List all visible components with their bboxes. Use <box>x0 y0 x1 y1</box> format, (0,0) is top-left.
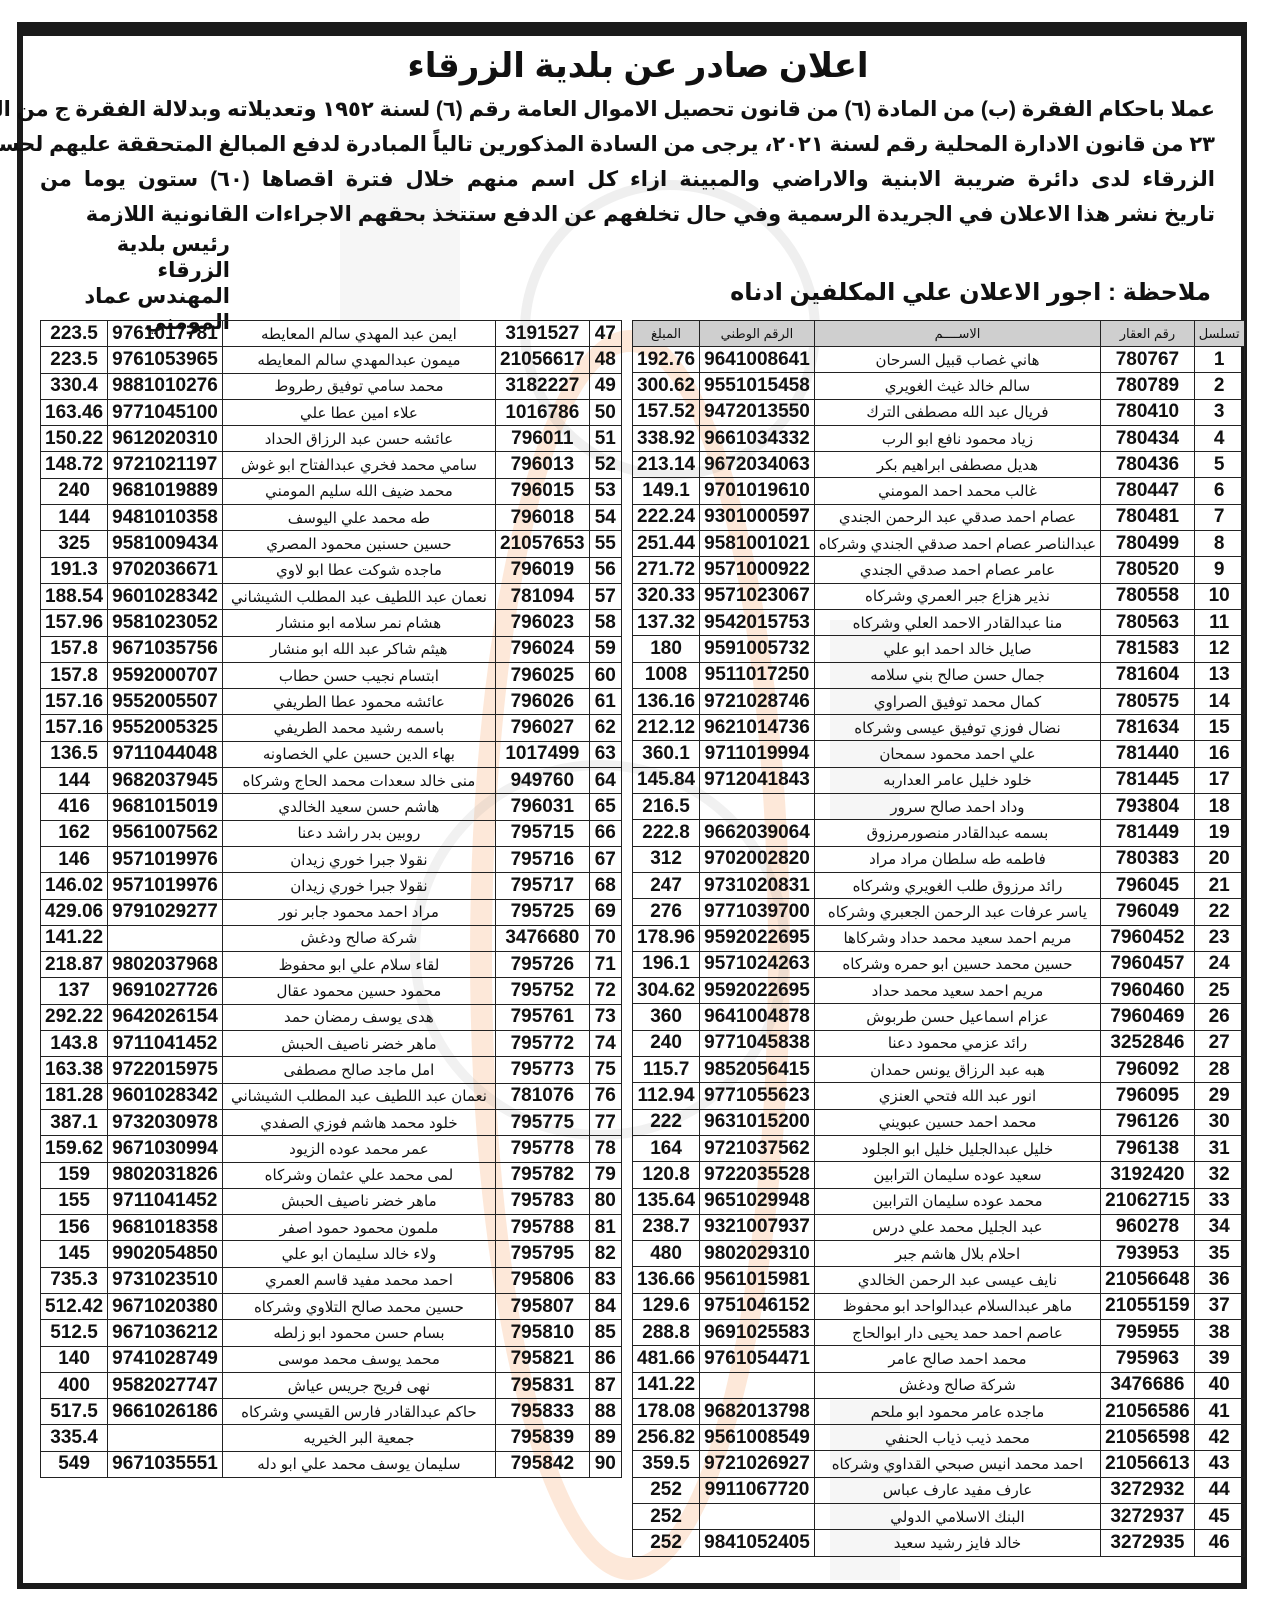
cell-property-no: 781094 <box>496 583 590 609</box>
table-row: 323192420سعيد عوده سليمان الترابين972203… <box>633 1162 1245 1188</box>
cell-name: احلام بلال هاشم جبر <box>814 1241 1100 1267</box>
table-row: 8780499عبدالناصر عصام احمد صدقي الجندي و… <box>633 531 1245 557</box>
cell-name: ماجده عامر محمود ابو ملحم <box>814 1398 1100 1424</box>
cell-national-id: 9911067720 <box>700 1477 815 1503</box>
cell-national-id: 9671036212 <box>108 1320 223 1346</box>
cell-amount: 178.08 <box>633 1398 700 1424</box>
cell-national-id: 9671035756 <box>108 636 223 662</box>
cell-amount: 549 <box>41 1451 108 1477</box>
cell-amount: 157.8 <box>41 662 108 688</box>
cell-national-id: 9711019994 <box>700 741 815 767</box>
table-row: 67795716نقولا جبرا خوري زيدان95710199761… <box>41 846 622 872</box>
cell-seq: 78 <box>589 1136 621 1162</box>
cell-name: فاطمه طه سلطان مراد مراد <box>814 846 1100 872</box>
paragraph-line: الزرقاء لدى دائرة ضريبة الابنية والاراضي… <box>40 162 1215 197</box>
table-row: 69795725مراد احمد محمود جابر نور97910292… <box>41 899 622 925</box>
cell-seq: 46 <box>1194 1530 1244 1556</box>
table-row: 473191527ايمن عبد المهدي سالم المعايطه97… <box>41 321 622 347</box>
table-row: 82795795ولاء خالد سليمان ابو علي99020548… <box>41 1241 622 1267</box>
cell-property-no: 795783 <box>496 1188 590 1214</box>
cell-name: خالد فايز رشيد سعيد <box>814 1530 1100 1556</box>
table-row: 19781449بسمه عبدالقادر منصورمرزوق9662039… <box>633 820 1245 846</box>
cell-name: هشام نمر سلامه ابو منشار <box>222 610 495 636</box>
cell-property-no: 796015 <box>496 478 590 504</box>
cell-national-id: 9682013798 <box>700 1398 815 1424</box>
table-row: 5521057653حسين حسنين محمود المصري9581009… <box>41 531 622 557</box>
cell-name: جمعية البر الخيريه <box>222 1425 495 1451</box>
cell-name: غالب محمد احمد المومني <box>814 478 1100 504</box>
table-row: 38795955عاصم احمد حمد يحيى دار ابوالحاج9… <box>633 1319 1245 1345</box>
cell-national-id: 9592022695 <box>700 978 815 1004</box>
table-row: 403476686شركة صالح ودغش141.22 <box>633 1372 1245 1398</box>
cell-national-id: 9582027747 <box>108 1372 223 1398</box>
cell-amount: 223.5 <box>41 347 108 373</box>
table-row: 453272937البنك الاسلامي الدولي252 <box>633 1504 1245 1530</box>
cell-name: فريال عبد الله مصطفى الترك <box>814 399 1100 425</box>
cell-property-no: 795772 <box>496 1031 590 1057</box>
cell-seq: 8 <box>1194 531 1244 557</box>
table-row: 79795782لمى محمد علي عثمان وشركاه9802031… <box>41 1162 622 1188</box>
cell-amount: 330.4 <box>41 373 108 399</box>
cell-national-id: 9712041843 <box>700 767 815 793</box>
cell-amount: 141.22 <box>41 925 108 951</box>
cell-national-id: 9771045838 <box>700 1030 815 1056</box>
cell-seq: 12 <box>1194 636 1244 662</box>
table-row: 28796092هبه عبد الرزاق يونس حمدان9852056… <box>633 1057 1245 1083</box>
cell-amount: 140 <box>41 1346 108 1372</box>
table-row: 4821056617ميمون عبدالمهدي سالم المعايطه9… <box>41 347 622 373</box>
cell-national-id: 9681018358 <box>108 1215 223 1241</box>
cell-seq: 16 <box>1194 741 1244 767</box>
cell-property-no: 21055159 <box>1101 1293 1195 1319</box>
cell-property-no: 795807 <box>496 1293 590 1319</box>
cell-amount: 213.14 <box>633 452 700 478</box>
cell-national-id: 9691025583 <box>700 1319 815 1345</box>
table-row: 2780789سالم خالد غيث الغويري955101545830… <box>633 373 1245 399</box>
cell-amount: 216.5 <box>633 794 700 820</box>
cell-national-id: 9702002820 <box>700 846 815 872</box>
cell-seq: 86 <box>589 1346 621 1372</box>
cell-seq: 57 <box>589 583 621 609</box>
cell-name: ماهر عبدالسلام عبدالواحد ابو محفوظ <box>814 1293 1100 1319</box>
table-row: 53796015محمد ضيف الله سليم المومني968101… <box>41 478 622 504</box>
cell-amount: 144 <box>41 768 108 794</box>
cell-amount: 141.22 <box>633 1372 700 1398</box>
cell-seq: 11 <box>1194 609 1244 635</box>
cell-national-id: 9671030994 <box>108 1136 223 1162</box>
table-row: 267960469عزام اسماعيل حسن طربوش964100487… <box>633 1004 1245 1030</box>
cell-name: محمود حسين محمود عقال <box>222 978 495 1004</box>
cell-amount: 136.66 <box>633 1267 700 1293</box>
cell-name: لمى محمد علي عثمان وشركاه <box>222 1162 495 1188</box>
cell-seq: 4 <box>1194 425 1244 451</box>
cell-national-id: 9581001021 <box>700 531 815 557</box>
cell-name: محمد يوسف محمد موسى <box>222 1346 495 1372</box>
table-row: 22796049ياسر عرفات عبد الرحمن الجعبري وش… <box>633 899 1245 925</box>
cell-national-id: 9551015458 <box>700 373 815 399</box>
cell-national-id: 9852056415 <box>700 1057 815 1083</box>
cell-amount: 145 <box>41 1241 108 1267</box>
cell-property-no: 795773 <box>496 1057 590 1083</box>
table-row: 84795807حسين محمد صالح التلاوي وشركاه967… <box>41 1293 622 1319</box>
cell-amount: 136.5 <box>41 741 108 767</box>
cell-amount: 312 <box>633 846 700 872</box>
cell-name: سالم خالد غيث الغويري <box>814 373 1100 399</box>
cell-amount: 735.3 <box>41 1267 108 1293</box>
table-row: 17781445خلود خليل عامر العداربه971204184… <box>633 767 1245 793</box>
table-row: 54796018طه محمد علي اليوسف9481010358144 <box>41 505 622 531</box>
cell-seq: 72 <box>589 978 621 1004</box>
cell-seq: 31 <box>1194 1135 1244 1161</box>
cell-amount: 481.66 <box>633 1346 700 1372</box>
table-row: 13781604جمال حسن صالح بني سلامه951101725… <box>633 662 1245 688</box>
cell-amount: 196.1 <box>633 951 700 977</box>
header-national-id: الرقم الوطني <box>700 321 815 347</box>
cell-amount: 157.16 <box>41 715 108 741</box>
cell-national-id: 9631015200 <box>700 1109 815 1135</box>
table-row: 72795752محمود حسين محمود عقال96910277261… <box>41 978 622 1004</box>
cell-amount: 252 <box>633 1504 700 1530</box>
cell-amount: 256.82 <box>633 1425 700 1451</box>
cell-property-no: 7960469 <box>1101 1004 1195 1030</box>
cell-amount: 387.1 <box>41 1109 108 1135</box>
cell-seq: 67 <box>589 846 621 872</box>
cell-seq: 38 <box>1194 1319 1244 1345</box>
cell-name: عائشه حسن عبد الرزاق الحداد <box>222 426 495 452</box>
table-row: 10780558نذير هزاع جبر العمري وشركاه95710… <box>633 583 1245 609</box>
cell-national-id: 9661034332 <box>700 425 815 451</box>
cell-seq: 50 <box>589 399 621 425</box>
table-row: 16781440علي احمد محمود سمحان971101999436… <box>633 741 1245 767</box>
cell-property-no: 796049 <box>1101 899 1195 925</box>
cell-national-id: 9511017250 <box>700 662 815 688</box>
table-row: 4121056586ماجده عامر محمود ابو ملحم96820… <box>633 1398 1245 1424</box>
cell-seq: 63 <box>589 741 621 767</box>
cell-seq: 45 <box>1194 1504 1244 1530</box>
table-row: 58796023هشام نمر سلامه ابو منشار95810230… <box>41 610 622 636</box>
cell-amount: 192.76 <box>633 347 700 373</box>
cell-seq: 13 <box>1194 662 1244 688</box>
cell-seq: 74 <box>589 1031 621 1057</box>
cell-amount: 300.62 <box>633 373 700 399</box>
cell-amount: 517.5 <box>41 1399 108 1425</box>
cell-property-no: 3182227 <box>496 373 590 399</box>
cell-amount: 136.16 <box>633 688 700 714</box>
cell-national-id: 9741028749 <box>108 1346 223 1372</box>
cell-national-id: 9641004878 <box>700 1004 815 1030</box>
cell-property-no: 1016786 <box>496 399 590 425</box>
table-row: 3321062715محمد عوده سليمان الترابين96510… <box>633 1188 1245 1214</box>
table-row: 5780436هديل مصطفى ابراهيم بكر96720340632… <box>633 452 1245 478</box>
cell-national-id <box>700 1504 815 1530</box>
cell-seq: 30 <box>1194 1109 1244 1135</box>
table-row: 631017499بهاء الدين حسين علي الخصاونه971… <box>41 741 622 767</box>
table-row: 501016786علاء امين عطا علي9771045100163.… <box>41 399 622 425</box>
cell-national-id: 9731023510 <box>108 1267 223 1293</box>
cell-national-id <box>700 794 815 820</box>
cell-seq: 27 <box>1194 1030 1244 1056</box>
cell-name: جمال حسن صالح بني سلامه <box>814 662 1100 688</box>
header-seq: تسلسل <box>1194 321 1244 347</box>
cell-seq: 60 <box>589 662 621 688</box>
cell-name: محمد ضيف الله سليم المومني <box>222 478 495 504</box>
cell-amount: 157.96 <box>41 610 108 636</box>
cell-national-id: 9571000922 <box>700 557 815 583</box>
cell-name: انور عبد الله فتحي العنزي <box>814 1083 1100 1109</box>
cell-name: احمد محمد مفيد قاسم العمري <box>222 1267 495 1293</box>
cell-name: ماهر خضر ناصيف الحبش <box>222 1188 495 1214</box>
cell-property-no: 21056648 <box>1101 1267 1195 1293</box>
cell-amount: 129.6 <box>633 1293 700 1319</box>
cell-name: هديل مصطفى ابراهيم بكر <box>814 452 1100 478</box>
cell-name: روبين بدر راشد دعنا <box>222 820 495 846</box>
paragraph-line: تاريخ نشر هذا الاعلان في الجريدة الرسمية… <box>40 197 1215 232</box>
cell-national-id: 9881010276 <box>108 373 223 399</box>
cell-amount: 512.42 <box>41 1293 108 1319</box>
table-row: 6780447غالب محمد احمد المومني97010196101… <box>633 478 1245 504</box>
cell-amount: 1008 <box>633 662 700 688</box>
cell-amount: 180 <box>633 636 700 662</box>
cell-amount: 191.3 <box>41 557 108 583</box>
cell-property-no: 781604 <box>1101 662 1195 688</box>
table-row: 56796019ماجده شوكت عطا ابو لاوي970203667… <box>41 557 622 583</box>
header-name: الاســــم <box>814 321 1100 347</box>
cell-seq: 71 <box>589 952 621 978</box>
cell-seq: 58 <box>589 610 621 636</box>
cell-national-id: 9791029277 <box>108 899 223 925</box>
cell-national-id: 9802031826 <box>108 1162 223 1188</box>
cell-seq: 37 <box>1194 1293 1244 1319</box>
cell-property-no: 3476686 <box>1101 1372 1195 1398</box>
cell-amount: 360 <box>633 1004 700 1030</box>
cell-amount: 163.38 <box>41 1057 108 1083</box>
cell-name: البنك الاسلامي الدولي <box>814 1504 1100 1530</box>
table-row: 62796027باسمه رشيد محمد الطريفي955200532… <box>41 715 622 741</box>
cell-national-id: 9682037945 <box>108 768 223 794</box>
cell-seq: 20 <box>1194 846 1244 872</box>
cell-property-no: 795963 <box>1101 1346 1195 1372</box>
cell-name: عائشه محمود عطا الطريفي <box>222 689 495 715</box>
cell-property-no: 781583 <box>1101 636 1195 662</box>
cell-property-no: 795717 <box>496 873 590 899</box>
table-row: 85795810بسام حسن محمود ابو زلطه967103621… <box>41 1320 622 1346</box>
cell-name: حسين محمد صالح التلاوي وشركاه <box>222 1293 495 1319</box>
cell-seq: 76 <box>589 1083 621 1109</box>
table-row: 59796024هيثم شاكر عبد الله ابو منشار9671… <box>41 636 622 662</box>
cell-property-no: 795955 <box>1101 1319 1195 1345</box>
cell-name: هدى يوسف رمضان حمد <box>222 1004 495 1030</box>
cell-name: شركة صالح ودغش <box>222 925 495 951</box>
cell-amount: 240 <box>41 478 108 504</box>
cell-national-id: 9841052405 <box>700 1530 815 1556</box>
cell-name: بهاء الدين حسين علي الخصاونه <box>222 741 495 767</box>
cell-property-no: 795810 <box>496 1320 590 1346</box>
cell-amount: 157.16 <box>41 689 108 715</box>
cell-property-no: 7960460 <box>1101 978 1195 1004</box>
cell-national-id: 9592022695 <box>700 925 815 951</box>
table-row: 57781094نعمان عبد اللطيف عبد المطلب الشي… <box>41 583 622 609</box>
cell-national-id: 9721037562 <box>700 1135 815 1161</box>
cell-national-id <box>108 925 223 951</box>
cell-property-no: 21056617 <box>496 347 590 373</box>
cell-seq: 55 <box>589 531 621 557</box>
cell-property-no: 796019 <box>496 557 590 583</box>
cell-amount: 150.22 <box>41 426 108 452</box>
cell-name: صايل خالد احمد ابو علي <box>814 636 1100 662</box>
cell-national-id: 9722015975 <box>108 1057 223 1083</box>
table-row: 87795831نهى فريح جريس عياش9582027747400 <box>41 1372 622 1398</box>
table-row: 31796138خليل عبدالجليل خليل ابو الجلود97… <box>633 1135 1245 1161</box>
cell-name: احمد محمد انيس صبحي القداوي وشركاه <box>814 1451 1100 1477</box>
cell-amount: 252 <box>633 1530 700 1556</box>
table-row: 83795806احمد محمد مفيد قاسم العمري973102… <box>41 1267 622 1293</box>
cell-seq: 25 <box>1194 978 1244 1004</box>
cell-property-no: 21062715 <box>1101 1188 1195 1214</box>
cell-property-no: 780767 <box>1101 347 1195 373</box>
table-row: 4321056613احمد محمد انيس صبحي القداوي وش… <box>633 1451 1245 1477</box>
cell-property-no: 7960457 <box>1101 951 1195 977</box>
cell-property-no: 795821 <box>496 1346 590 1372</box>
cell-amount: 156 <box>41 1215 108 1241</box>
header-property-no: رقم العقار <box>1101 321 1195 347</box>
cell-name: عبد الجليل محمد علي درس <box>814 1214 1100 1240</box>
table-row: 257960460مريم احمد سعيد محمد حداد9592022… <box>633 978 1245 1004</box>
table-row: 30796126محمد احمد حسين عبويني96310152002… <box>633 1109 1245 1135</box>
cell-name: عمر محمد عوده الزيود <box>222 1136 495 1162</box>
cell-seq: 65 <box>589 794 621 820</box>
cell-seq: 22 <box>1194 899 1244 925</box>
cell-seq: 2 <box>1194 373 1244 399</box>
cell-property-no: 795778 <box>496 1136 590 1162</box>
cell-property-no: 781076 <box>496 1083 590 1109</box>
cell-national-id: 9721021197 <box>108 452 223 478</box>
table-row: 9780520عامر عصام احمد صدقي الجندي9571000… <box>633 557 1245 583</box>
header-amount: المبلغ <box>633 321 700 347</box>
cell-national-id: 9722035528 <box>700 1162 815 1188</box>
table-row: 7780481عصام احمد صدقي عبد الرحمن الجندي9… <box>633 504 1245 530</box>
cell-seq: 49 <box>589 373 621 399</box>
cell-national-id: 9711041452 <box>108 1031 223 1057</box>
cell-seq: 82 <box>589 1241 621 1267</box>
cell-property-no: 795842 <box>496 1451 590 1477</box>
cell-name: نعمان عبد اللطيف عبد المطلب الشيشاني <box>222 1083 495 1109</box>
cell-national-id: 9771055623 <box>700 1083 815 1109</box>
cell-seq: 1 <box>1194 347 1244 373</box>
cell-amount: 159.62 <box>41 1136 108 1162</box>
cell-seq: 51 <box>589 426 621 452</box>
cell-name: ابتسام نجيب حسن حطاب <box>222 662 495 688</box>
cell-property-no: 781634 <box>1101 715 1195 741</box>
table-row: 1780767هاني غصاب قبيل السرحان96410086411… <box>633 347 1245 373</box>
cell-name: عزام اسماعيل حسن طربوش <box>814 1004 1100 1030</box>
cell-seq: 28 <box>1194 1057 1244 1083</box>
cell-amount: 480 <box>633 1241 700 1267</box>
cell-amount: 335.4 <box>41 1425 108 1451</box>
table-row: 75795773امل ماجد صالح مصطفى9722015975163… <box>41 1057 622 1083</box>
cell-amount: 145.84 <box>633 767 700 793</box>
cell-name: شركة صالح ودغش <box>814 1372 1100 1398</box>
table-row: 61796026عائشه محمود عطا الطريفي955200550… <box>41 689 622 715</box>
cell-seq: 40 <box>1194 1372 1244 1398</box>
cell-name: هاني غصاب قبيل السرحان <box>814 347 1100 373</box>
cell-name: كمال محمد توفيق الصراوي <box>814 688 1100 714</box>
cell-property-no: 796095 <box>1101 1083 1195 1109</box>
cell-property-no: 795775 <box>496 1109 590 1135</box>
cell-seq: 69 <box>589 899 621 925</box>
cell-amount: 120.8 <box>633 1162 700 1188</box>
cell-property-no: 796045 <box>1101 872 1195 898</box>
cell-amount: 163.46 <box>41 399 108 425</box>
cell-property-no: 795761 <box>496 1004 590 1030</box>
cell-property-no: 781445 <box>1101 767 1195 793</box>
cell-property-no: 21057653 <box>496 531 590 557</box>
cell-amount: 304.62 <box>633 978 700 1004</box>
cell-seq: 56 <box>589 557 621 583</box>
cell-name: هاشم حسن سعيد الخالدي <box>222 794 495 820</box>
table-row: 73795761هدى يوسف رمضان حمد9642026154292.… <box>41 1004 622 1030</box>
cell-property-no: 780436 <box>1101 452 1195 478</box>
cell-property-no: 21056598 <box>1101 1425 1195 1451</box>
cell-property-no: 796031 <box>496 794 590 820</box>
cell-national-id: 9732030978 <box>108 1109 223 1135</box>
cell-property-no: 796126 <box>1101 1109 1195 1135</box>
table-row: 703476680شركة صالح ودغش141.22 <box>41 925 622 951</box>
cell-amount: 292.22 <box>41 1004 108 1030</box>
cell-amount: 222.8 <box>633 820 700 846</box>
taxpayers-table-left: 473191527ايمن عبد المهدي سالم المعايطه97… <box>40 320 622 1478</box>
cell-property-no: 780481 <box>1101 504 1195 530</box>
cell-property-no: 780434 <box>1101 425 1195 451</box>
table-row: 34960278عبد الجليل محمد علي درس932100793… <box>633 1214 1245 1240</box>
cell-seq: 47 <box>589 321 621 347</box>
cell-national-id: 9321007937 <box>700 1214 815 1240</box>
cell-property-no: 781449 <box>1101 820 1195 846</box>
cell-seq: 73 <box>589 1004 621 1030</box>
cell-amount: 212.12 <box>633 715 700 741</box>
cell-national-id: 9651029948 <box>700 1188 815 1214</box>
cell-name: وداد احمد صالح سرور <box>814 794 1100 820</box>
cell-name: عصام احمد صدقي عبد الرحمن الجندي <box>814 504 1100 530</box>
cell-national-id: 9671020380 <box>108 1293 223 1319</box>
cell-seq: 77 <box>589 1109 621 1135</box>
cell-national-id: 9472013550 <box>700 399 815 425</box>
cell-property-no: 796024 <box>496 636 590 662</box>
cell-national-id: 9751046152 <box>700 1293 815 1319</box>
table-row: 78795778عمر محمد عوده الزيود967103099415… <box>41 1136 622 1162</box>
cell-national-id: 9571019976 <box>108 846 223 872</box>
cell-amount: 112.94 <box>633 1083 700 1109</box>
table-row: 64949760منى خالد سعدات محمد الحاج وشركاه… <box>41 768 622 794</box>
cell-national-id: 9802037968 <box>108 952 223 978</box>
cell-property-no: 780447 <box>1101 478 1195 504</box>
cell-name: حسين محمد حسين ابو حمره وشركاه <box>814 951 1100 977</box>
cell-national-id: 9571019976 <box>108 873 223 899</box>
cell-amount: 320.33 <box>633 583 700 609</box>
cell-seq: 33 <box>1194 1188 1244 1214</box>
cell-property-no: 796092 <box>1101 1057 1195 1083</box>
cell-name: محمد عوده سليمان الترابين <box>814 1188 1100 1214</box>
cell-seq: 9 <box>1194 557 1244 583</box>
cell-amount: 360.1 <box>633 741 700 767</box>
cell-national-id: 9721028746 <box>700 688 815 714</box>
cell-seq: 36 <box>1194 1267 1244 1293</box>
cell-name: نايف عيسى عبد الرحمن الخالدي <box>814 1267 1100 1293</box>
cell-name: خليل عبدالجليل خليل ابو الجلود <box>814 1135 1100 1161</box>
cell-name: منا عبدالقادر الاحمد العلي وشركاه <box>814 609 1100 635</box>
cell-name: سعيد عوده سليمان الترابين <box>814 1162 1100 1188</box>
cell-national-id: 9711041452 <box>108 1188 223 1214</box>
cell-name: نقولا جبرا خوري زيدان <box>222 873 495 899</box>
